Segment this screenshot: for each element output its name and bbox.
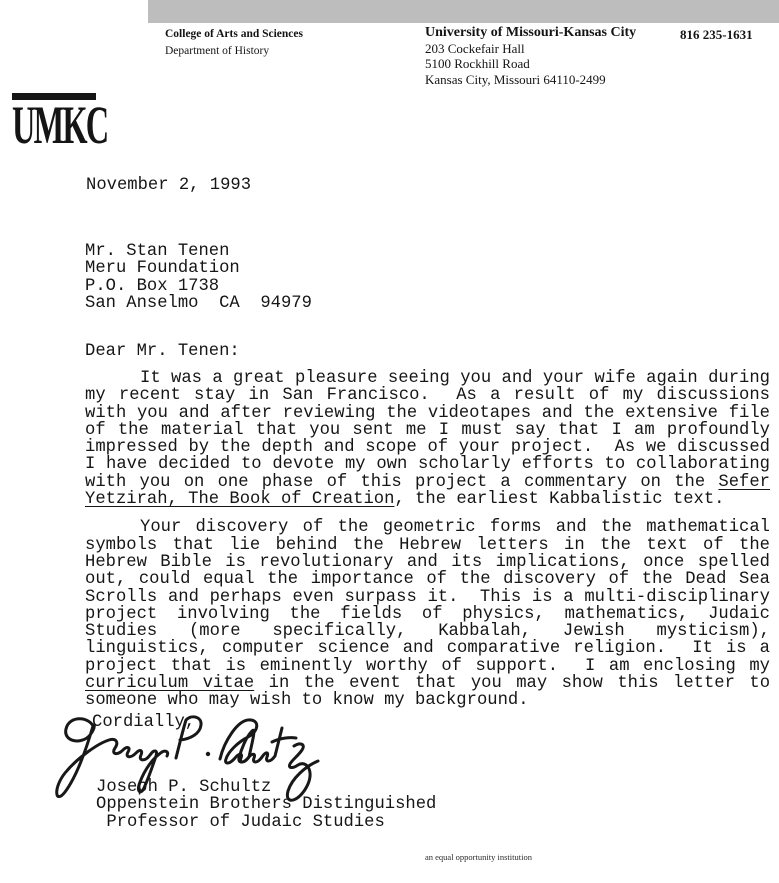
phone-number: 816 235-1631 xyxy=(680,27,753,43)
text-segment: with you and after reviewing the videota… xyxy=(85,404,770,423)
scanned-letter-page: College of Arts and Sciences Department … xyxy=(0,0,779,883)
text-segment: project involving the fields of physics,… xyxy=(85,605,770,624)
letter-body: It was a great pleasure seeing you and y… xyxy=(85,370,770,721)
paragraph: It was a great pleasure seeing you and y… xyxy=(85,370,770,508)
body-line: impressed by the depth and scope of your… xyxy=(85,439,770,456)
address-line: 5100 Rockhill Road xyxy=(425,56,636,72)
body-line: Scrolls and perhaps even surpass it. Thi… xyxy=(85,589,770,606)
body-line: It was a great pleasure seeing you and y… xyxy=(85,370,770,387)
text-segment: It was a great pleasure seeing you and y… xyxy=(140,369,770,388)
underlined-text: Sefer xyxy=(718,473,770,492)
umkc-logo: UMKC xyxy=(12,93,171,152)
text-segment: impressed by the depth and scope of your… xyxy=(85,438,770,457)
underlined-text: Yetzirah, The Book of Creation xyxy=(85,490,394,509)
recipient-line: Mr. Stan Tenen xyxy=(85,243,312,260)
text-segment: Your discovery of the geometric forms an… xyxy=(140,518,770,537)
scan-edge-artifact xyxy=(148,0,779,23)
body-line: with you on one phase of this project a … xyxy=(85,474,770,491)
text-segment: I have decided to devote my own scholarl… xyxy=(85,455,770,474)
recipient-line: Meru Foundation xyxy=(85,260,312,277)
signature-block-line: Oppenstein Brothers Distinguished xyxy=(96,796,436,813)
footer-eoi-statement: an equal opportunity institution xyxy=(425,852,532,862)
letter-date: November 2, 1993 xyxy=(86,177,251,194)
body-line: project involving the fields of physics,… xyxy=(85,606,770,623)
text-segment: Studies (more specifically, Kabbalah, Je… xyxy=(85,622,770,641)
salutation: Dear Mr. Tenen: xyxy=(85,343,240,360)
body-line: out, could equal the importance of the d… xyxy=(85,571,770,588)
body-line: curriculum vitae in the event that you m… xyxy=(85,675,770,692)
recipient-line: P.O. Box 1738 xyxy=(85,278,312,295)
body-line: Studies (more specifically, Kabbalah, Je… xyxy=(85,623,770,640)
body-line: linguistics, computer science and compar… xyxy=(85,640,770,657)
text-segment: out, could equal the importance of the d… xyxy=(85,570,770,589)
paragraph: Your discovery of the geometric forms an… xyxy=(85,519,770,709)
body-line: with you and after reviewing the videota… xyxy=(85,405,770,422)
text-segment: someone who may wish to know my backgrou… xyxy=(85,691,529,710)
body-line: symbols that lie behind the Hebrew lette… xyxy=(85,537,770,554)
underlined-text: curriculum vitae xyxy=(85,674,254,693)
body-line: I have decided to devote my own scholarl… xyxy=(85,456,770,473)
text-segment: Scrolls and perhaps even surpass it. Thi… xyxy=(85,588,770,607)
recipient-address: Mr. Stan TenenMeru FoundationP.O. Box 17… xyxy=(85,243,312,312)
text-segment: linguistics, computer science and compar… xyxy=(85,639,770,658)
text-segment: project that is eminently worthy of supp… xyxy=(85,657,770,676)
letterhead-university: University of Missouri-Kansas City 203 C… xyxy=(425,25,636,87)
department-name: Department of History xyxy=(165,43,303,60)
university-address: 203 Cockefair Hall5100 Rockhill RoadKans… xyxy=(425,41,636,88)
body-line: Your discovery of the geometric forms an… xyxy=(85,519,770,536)
address-line: Kansas City, Missouri 64110-2499 xyxy=(425,72,636,88)
logo-text: UMKC xyxy=(12,98,107,152)
university-name: University of Missouri-Kansas City xyxy=(425,25,636,41)
signature-period-dot xyxy=(206,752,210,756)
recipient-line: San Anselmo CA 94979 xyxy=(85,295,312,312)
text-segment: in the event that you may show this lett… xyxy=(254,674,770,693)
text-segment: with you on one phase of this project a … xyxy=(85,473,718,492)
body-line: Yetzirah, The Book of Creation, the earl… xyxy=(85,491,770,508)
body-line: someone who may wish to know my backgrou… xyxy=(85,692,770,709)
text-segment: of the material that you sent me I must … xyxy=(85,421,770,440)
body-line: of the material that you sent me I must … xyxy=(85,422,770,439)
signature-block-line: Professor of Judaic Studies xyxy=(96,814,436,831)
signature-block-line: Joseph P. Schultz xyxy=(96,779,436,796)
college-name: College of Arts and Sciences xyxy=(165,26,303,43)
signature-stroke-p xyxy=(176,717,201,758)
text-segment: symbols that lie behind the Hebrew lette… xyxy=(85,536,770,555)
body-line: my recent stay in San Francisco. As a re… xyxy=(85,387,770,404)
text-segment: my recent stay in San Francisco. As a re… xyxy=(85,386,770,405)
address-line: 203 Cockefair Hall xyxy=(425,41,636,57)
text-segment: , the earliest Kabbalistic text. xyxy=(394,490,724,509)
body-line: Hebrew Bible is revolutionary and its im… xyxy=(85,554,770,571)
letterhead-department: College of Arts and Sciences Department … xyxy=(165,26,303,60)
signature-block: Joseph P. SchultzOppenstein Brothers Dis… xyxy=(96,779,436,831)
text-segment: Hebrew Bible is revolutionary and its im… xyxy=(85,553,770,572)
body-line: project that is eminently worthy of supp… xyxy=(85,658,770,675)
